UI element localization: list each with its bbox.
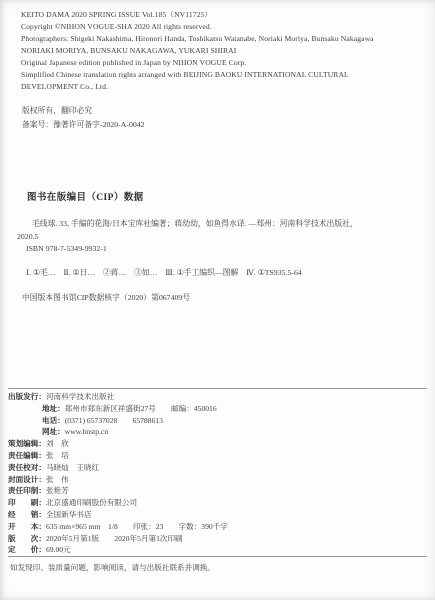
copyright-line: Copyright ©NIHON VOGUE-SHA 2020 All righ… [21, 21, 423, 33]
imprint-value: www.hnstp.cn [65, 427, 108, 436]
imprint-label: 封面设计： [8, 475, 46, 484]
imprint-value: 马晓灿 王晓红 [46, 463, 99, 472]
imprint-label: 版 次： [8, 534, 46, 543]
imprint-label: 印 刷： [8, 498, 46, 507]
imprint-row-distributor: 经 销：全国新华书店 [8, 509, 427, 521]
cip-entry-line2: 2020.5 [17, 230, 421, 243]
imprint-label: 责任编辑： [8, 451, 46, 460]
quality-exchange-note: 如发现印、装质量问题，影响阅读，请与出版社联系并调换。 [10, 562, 425, 573]
imprint-value: 北京盛通印刷股份有限公司 [46, 498, 137, 507]
imprint-value: 全国新华书店 [46, 510, 92, 519]
imprint-row-printer: 印 刷：北京盛通印刷股份有限公司 [8, 497, 427, 509]
cip-entry-line1: 毛线球. 33, 手编的花海/日本宝库社编著；蒋幼幼，如鱼得水译. —郑州：河南… [32, 219, 358, 228]
imprint-label: 开 本： [8, 522, 46, 531]
imprint-row-edition: 版 次：2020年5月第1版 2020年5月第1次印刷 [8, 533, 427, 545]
imprint-value: 郑州市郑东新区祥盛街27号 邮编：450016 [65, 404, 217, 413]
imprint-row-format: 开 本：635 mm×965 mm 1/8 印张：23 字数：390千字 [8, 521, 427, 533]
imprint-row-address: 地址：郑州市郑东新区祥盛街27号 邮编：450016 [42, 403, 427, 415]
imprint-label: 网址： [42, 427, 65, 436]
imprint-label: 电话： [42, 416, 65, 425]
imprint-value: 635 mm×965 mm 1/8 印张：23 字数：390千字 [46, 522, 228, 531]
imprint-label: 定 价： [8, 545, 46, 554]
imprint-row-print-supervisor: 责任印制：张艳芳 [8, 485, 427, 497]
imprint-value: 2020年5月第1版 2020年5月第1次印刷 [46, 534, 183, 543]
copyright-line: Photographers: Shigeki Nakashima, Hirono… [21, 33, 423, 45]
imprint-row-publisher: 出版发行：河南科学技术出版社 [8, 391, 427, 403]
imprint-value: (0371) 65737028 65788613 [65, 416, 163, 425]
cip-classification: Ⅰ. ①毛… Ⅱ. ①日… ②蒋… ③如… Ⅲ. ①手工编织—图解 Ⅳ. ①TS… [26, 267, 302, 278]
copyright-line: DEVELOPMENT Co., Ltd. [21, 81, 423, 93]
copyright-line: KEITO DAMA 2020 SPRING ISSUE Vol.185（NV1… [21, 9, 423, 21]
imprint-label: 责任印制： [8, 486, 46, 495]
imprint-value: 张 伟 [46, 475, 69, 484]
cip-heading: 图书在版编目（CIP）数据 [27, 189, 144, 203]
imprint-block: 出版发行：河南科学技术出版社 地址：郑州市郑东新区祥盛街27号 邮编：45001… [8, 391, 427, 556]
copyright-line: Original Japanese edition published in J… [21, 57, 423, 69]
imprint-value: 张艳芳 [46, 486, 69, 495]
imprint-value: 张 培 [46, 451, 69, 460]
isbn: ISBN 978-7-5349-9932-1 [26, 244, 107, 253]
imprint-label: 经 销： [8, 510, 46, 519]
imprint-row-responsible-editor: 责任编辑：张 培 [8, 450, 427, 462]
colophon-page: KEITO DAMA 2020 SPRING ISSUE Vol.185（NV1… [0, 0, 435, 600]
imprint-row-cover-design: 封面设计：张 伟 [8, 474, 427, 486]
imprint-row-website: 网址：www.hnstp.cn [42, 426, 427, 438]
cip-record-number: 中国版本图书馆CIP数据核字（2020）第067409号 [22, 292, 190, 303]
imprint-label: 地址： [42, 404, 65, 413]
imprint-row-planning-editor: 策划编辑：刘 欣 [8, 438, 427, 450]
imprint-label: 责任校对： [8, 463, 46, 472]
imprint-row-price: 定 价：69.00元 [8, 544, 427, 556]
english-copyright-block: KEITO DAMA 2020 SPRING ISSUE Vol.185（NV1… [21, 9, 423, 93]
imprint-row-proofreader: 责任校对：马晓灿 王晓红 [8, 462, 427, 474]
rights-statement: 版权所有，翻印必究 [22, 104, 145, 118]
cip-entry: 毛线球. 33, 手编的花海/日本宝库社编著；蒋幼幼，如鱼得水译. —郑州：河南… [17, 217, 421, 243]
rights-block: 版权所有，翻印必究 备案号：豫著许可备字-2020-A-0042 [22, 104, 145, 131]
copyright-line: NORIAKI MORIYA, BUNSAKU NAKAGAWA, YUKARI… [21, 45, 423, 57]
imprint-value: 河南科学技术出版社 [46, 392, 114, 401]
imprint-value: 刘 欣 [46, 439, 69, 448]
imprint-row-phone: 电话：(0371) 65737028 65788613 [42, 415, 427, 427]
imprint-label: 策划编辑： [8, 439, 46, 448]
copyright-line: Simplified Chinese translation rights ar… [21, 69, 423, 81]
divider-bottom [8, 556, 427, 557]
divider-top [8, 388, 427, 389]
imprint-label: 出版发行： [8, 392, 46, 401]
license-record-number: 备案号：豫著许可备字-2020-A-0042 [22, 118, 145, 132]
imprint-value: 69.00元 [46, 545, 71, 554]
